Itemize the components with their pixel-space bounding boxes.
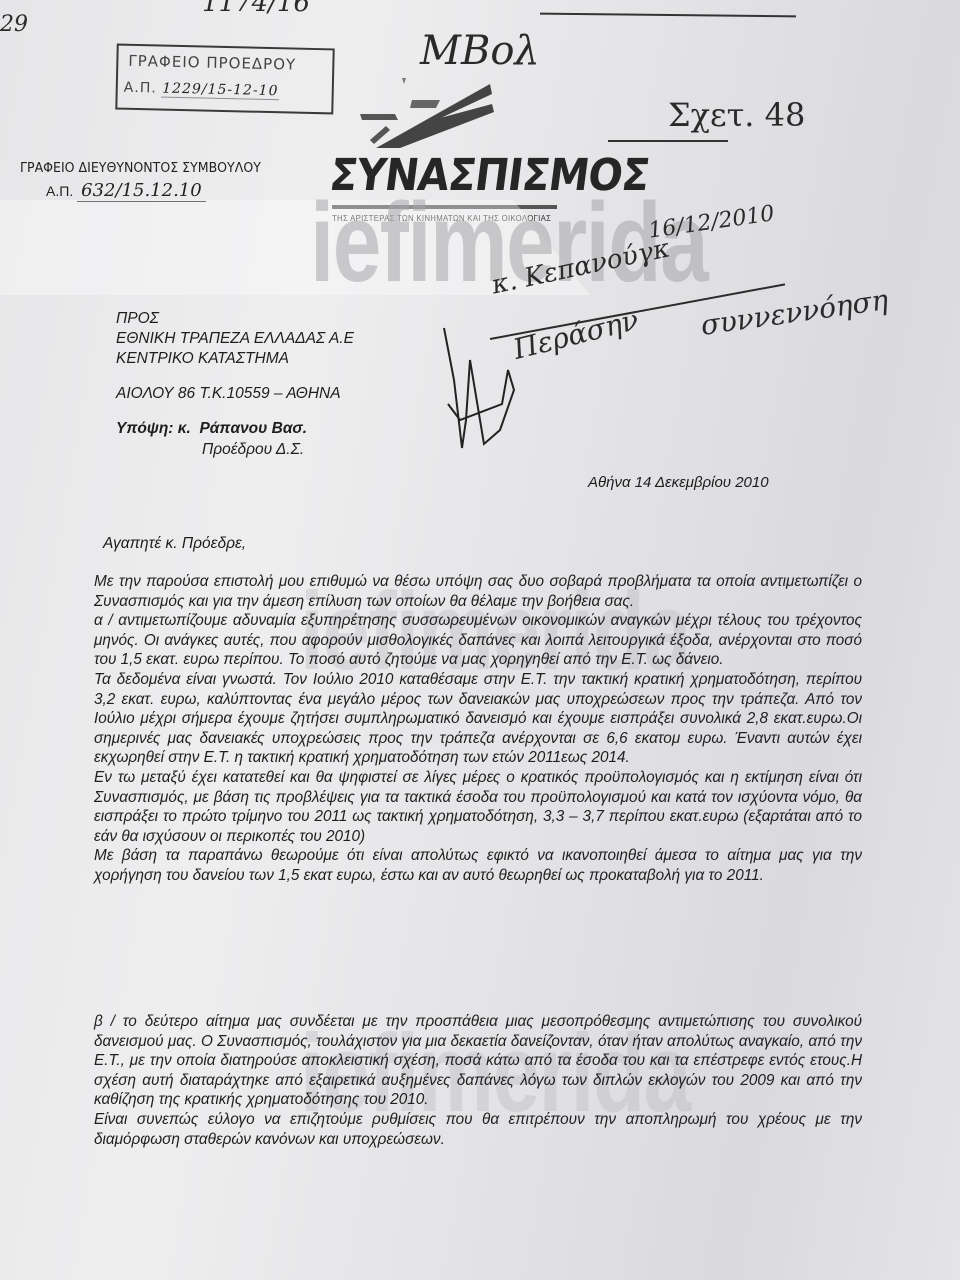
department-title: ΓΡΑΦΕΙΟ ΔΙΕΥΘΥΝΟΝΤΟΣ ΣΥΜΒΟΥΛΟΥ <box>20 160 261 176</box>
handwritten-signature-icon <box>440 320 550 460</box>
stamp-ref: Α.Π. 1229/15-12-10 <box>124 80 279 100</box>
ref-note-underline <box>608 140 728 142</box>
paragraph-item-a: α / αντιμετωπίζουμε αδυναμία εξυπηρέτηση… <box>94 611 862 670</box>
paragraph-item-b: β / το δεύτερο αίτημα μας συνδέεται με τ… <box>94 1012 862 1110</box>
body-paragraph-b: β / το δεύτερο αίτημα μας συνδέεται με τ… <box>94 1012 862 1149</box>
recipient-attention-name: Ράπανου Βασ. <box>199 420 307 437</box>
logo-lightning-icon <box>340 78 510 148</box>
handwritten-stroke <box>540 13 796 18</box>
body-paragraph-intro: Με την παρούσα επιστολή μου επιθυμώ να θ… <box>94 572 862 886</box>
stamp-title: ΓΡΑΦΕΙΟ ΠΡΟΕΔΡΟΥ <box>128 52 296 74</box>
department-ref: Α.Π. 632/15.12.10 <box>46 180 206 201</box>
handwritten-ref-note: Σχετ. 48 <box>668 96 805 134</box>
recipient-to-label: ΠΡΟΣ <box>116 310 159 328</box>
department-ref-value: 632/15.12.10 <box>77 180 206 202</box>
handwritten-top-number: 1174/16 <box>202 0 310 18</box>
recipient-bank: ΕΘΝΙΚΗ ΤΡΑΠΕΖΑ ΕΛΛΑΔΑΣ Α.Ε <box>116 330 354 348</box>
recipient-branch: ΚΕΝΤΡΙΚΟ ΚΑΤΑΣΤΗΜΑ <box>116 350 289 368</box>
handwritten-corner-number: 29 <box>0 12 28 37</box>
handwritten-note-line3: συννεννόηση <box>699 283 891 342</box>
handwritten-signature-top: ΜΒολ <box>420 28 540 74</box>
recipient-attention-role: Προέδρου Δ.Σ. <box>202 441 304 459</box>
letter-date: Αθήνα 14 Δεκεμβρίου 2010 <box>588 474 769 491</box>
recipient-address: ΑΙΟΛΟΥ 86 Τ.Κ.10559 – ΑΘΗΝΑ <box>116 385 341 403</box>
president-office-stamp: ΓΡΑΦΕΙΟ ΠΡΟΕΔΡΟΥ Α.Π. 1229/15-12-10 <box>115 44 334 115</box>
salutation: Αγαπητέ κ. Πρόεδρε, <box>103 535 246 553</box>
stamp-ref-value: 1229/15-12-10 <box>162 81 279 101</box>
recipient-attention: Υπόψη: κ. Ράπανου Βασ. <box>116 420 307 438</box>
